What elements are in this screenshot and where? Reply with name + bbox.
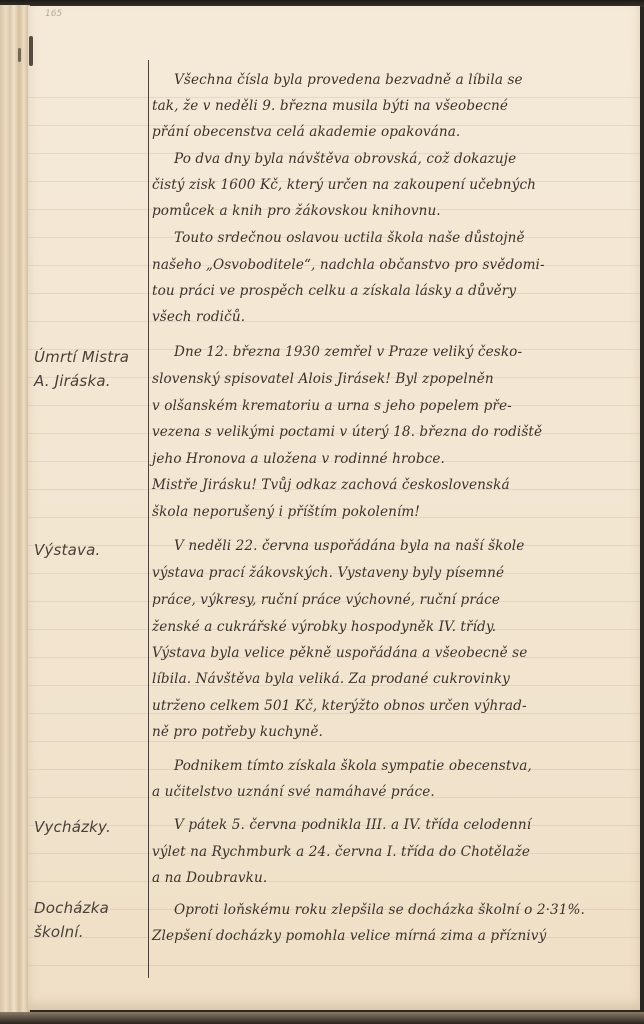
text-line: Mistře Jirásku! Tvůj odkaz zachová česko… bbox=[152, 477, 510, 493]
margin-note-attendance: Docházka školní. bbox=[34, 896, 146, 944]
margin-note-line: Vycházky. bbox=[34, 815, 146, 839]
text-line: slovenský spisovatel Alois Jirásek! Byl … bbox=[152, 371, 494, 387]
text-line: Touto srdečnou oslavou uctila škola naše… bbox=[152, 230, 525, 246]
text-line: přání obecenstva celá akademie opakována… bbox=[152, 124, 460, 140]
text-line: Výstava byla velice pěkně uspořádána a v… bbox=[152, 645, 527, 661]
text-line: tou práci ve prospěch celku a získala lá… bbox=[152, 283, 516, 299]
margin-rule bbox=[148, 60, 149, 978]
text-line: práce, výkresy, ruční práce výchovné, ru… bbox=[152, 592, 500, 608]
text-line: utrženo celkem 501 Kč, kterýžto obnos ur… bbox=[152, 698, 527, 714]
text-line: V neděli 22. června uspořádána byla na n… bbox=[152, 538, 524, 554]
text-line: v olšanském krematoriu a urna s jeho pop… bbox=[152, 398, 512, 414]
margin-note-line: školní. bbox=[34, 920, 146, 944]
text-line: škola neporušený i příštím pokolením! bbox=[152, 504, 420, 520]
margin-note-death-of-jirasek: Úmrtí Mistra A. Jiráska. bbox=[34, 345, 146, 393]
text-line: ženské a cukrářské výrobky hospodyněk IV… bbox=[152, 619, 496, 635]
text-line: ně pro potřeby kuchyně. bbox=[152, 724, 323, 740]
text-line: Zlepšení docházky pomohla velice mírná z… bbox=[152, 928, 546, 944]
page-stack-edge bbox=[0, 5, 30, 1015]
text-line: a na Doubravku. bbox=[152, 870, 267, 886]
text-line: Podnikem tímto získala škola sympatie ob… bbox=[152, 758, 532, 774]
margin-note-line: Výstava. bbox=[34, 538, 146, 562]
text-line: a učitelstvo uznání své namáhavé práce. bbox=[152, 784, 435, 800]
text-line: vezena s velikými poctami v úterý 18. bř… bbox=[152, 424, 542, 440]
text-line: jeho Hronova a uložena v rodinné hrobce. bbox=[152, 451, 445, 467]
book-bottom-edge bbox=[0, 1012, 644, 1024]
text-line: tak, že v neděli 9. března musila býti n… bbox=[152, 98, 508, 114]
text-line: V pátek 5. června podnikla III. a IV. tř… bbox=[152, 817, 531, 833]
page-number: 165 bbox=[45, 9, 62, 19]
text-line: Všechna čísla byla provedena bezvadně a … bbox=[152, 72, 523, 88]
binding-mark-small bbox=[18, 48, 21, 62]
margin-note-excursions: Vycházky. bbox=[34, 815, 146, 839]
margin-note-line: A. Jiráska. bbox=[34, 369, 146, 393]
text-line: všech rodičů. bbox=[152, 309, 245, 325]
text-line: pomůcek a knih pro žákovskou knihovnu. bbox=[152, 203, 441, 219]
text-line: čistý zisk 1600 Kč, který určen na zakou… bbox=[152, 177, 536, 193]
text-line: výlet na Rychmburk a 24. června I. třída… bbox=[152, 844, 530, 860]
margin-note-line: Úmrtí Mistra bbox=[34, 345, 146, 369]
text-line: Oproti loňskému roku zlepšila se docházk… bbox=[152, 902, 585, 918]
margin-note-exhibition: Výstava. bbox=[34, 538, 146, 562]
text-line: Dne 12. března 1930 zemřel v Praze velik… bbox=[152, 344, 522, 360]
binding-mark bbox=[29, 36, 33, 66]
margin-note-line: Docházka bbox=[34, 896, 146, 920]
text-line: Po dva dny byla návštěva obrovská, což d… bbox=[152, 151, 516, 167]
text-line: líbila. Návštěva byla veliká. Za prodané… bbox=[152, 671, 510, 687]
text-line: výstava prací žákovských. Vystaveny byly… bbox=[152, 565, 504, 581]
text-line: našeho „Osvoboditele“, nadchla občanstvo… bbox=[152, 257, 545, 273]
